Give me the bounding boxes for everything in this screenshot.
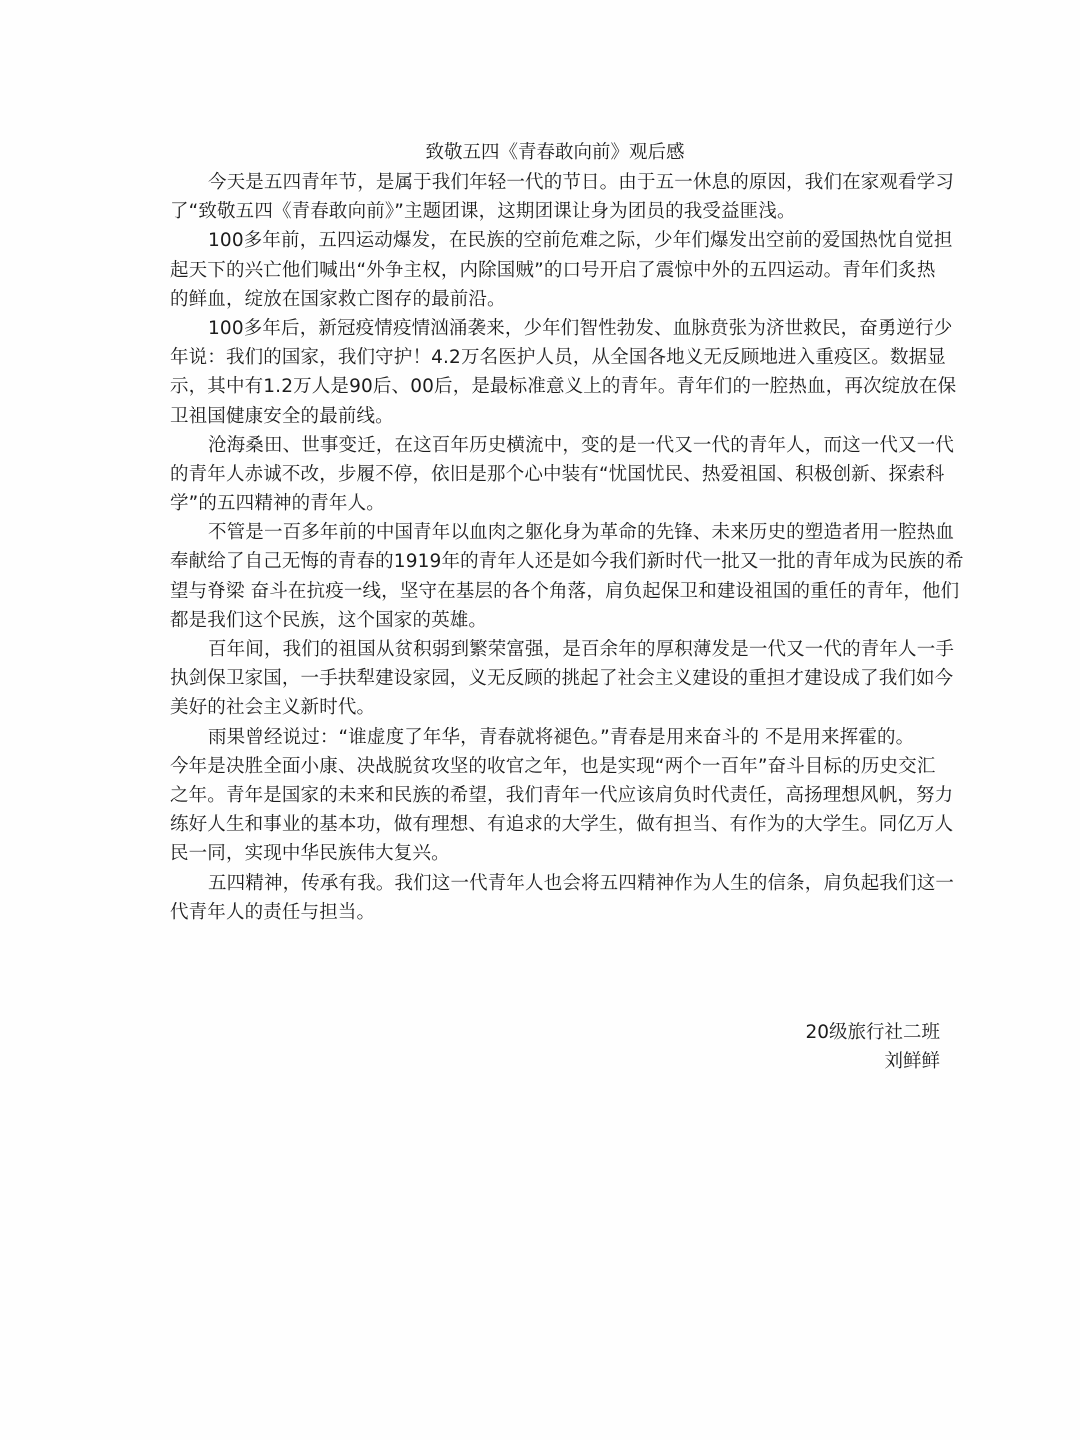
text-line: 望与脊梁 奋斗在抗疫一线，坚守在基层的各个角落，肩负起保卫和建设祖国的重任的青年…: [170, 577, 960, 606]
paragraph-4: 沧海桑田、世事变迁，在这百年历史横流中，变的是一代又一代的青年人，而这一代又一代…: [170, 431, 960, 519]
text-line: 学”的五四精神的青年人。: [170, 489, 960, 518]
text-line: 之年。青年是国家的未来和民族的希望，我们青年一代应该肩负时代责任，高扬理想风帆，…: [170, 781, 960, 810]
text-line: 执剑保卫家国，一手扶犁建设家园，义无反顾的挑起了社会主义建设的重担才建设成了我们…: [170, 664, 960, 693]
text-line: 不管是一百多年前的中国青年以血肉之躯化身为革命的先锋、未来历史的塑造者用一腔热血: [170, 518, 960, 547]
document-body: 今天是五四青年节，是属于我们年轻一代的节日。由于五一休息的原因，我们在家观看学习…: [170, 168, 960, 927]
paragraph-3: 100多年后，新冠疫情疫情汹涌袭来，少年们智性勃发、血脉贲张为济世救民，奋勇逆行…: [170, 314, 960, 431]
document-page: 致敬五四《青春敢向前》观后感 今天是五四青年节，是属于我们年轻一代的节日。由于五…: [0, 0, 1080, 1440]
paragraph-2: 100多年前，五四运动爆发，在民族的空前危难之际，少年们爆发出空前的爱国热忱自觉…: [170, 226, 960, 314]
paragraph-7: 雨果曾经说过：“谁虚度了年华，青春就将褪色。”青春是用来奋斗的 不是用来挥霍的。…: [170, 723, 960, 869]
text-line: 起天下的兴亡他们喊出“外争主权，内除国贼”的口号开启了震惊中外的五四运动。青年们…: [170, 256, 960, 285]
text-line: 奉献给了自己无悔的青春的1919年的青年人还是如今我们新时代一批又一批的青年成为…: [170, 547, 960, 576]
paragraph-6: 百年间，我们的祖国从贫积弱到繁荣富强，是百余年的厚积薄发是一代又一代的青年人一手…: [170, 635, 960, 723]
text-line: 100多年前，五四运动爆发，在民族的空前危难之际，少年们爆发出空前的爱国热忱自觉…: [170, 226, 960, 255]
paragraph-1: 今天是五四青年节，是属于我们年轻一代的节日。由于五一休息的原因，我们在家观看学习…: [170, 168, 960, 226]
text-line: 沧海桑田、世事变迁，在这百年历史横流中，变的是一代又一代的青年人，而这一代又一代: [170, 431, 960, 460]
text-line: 今年是决胜全面小康、决战脱贫攻坚的收官之年，也是实现“两个一百年”奋斗目标的历史…: [170, 752, 960, 781]
text-line: 今天是五四青年节，是属于我们年轻一代的节日。由于五一休息的原因，我们在家观看学习: [170, 168, 960, 197]
document-title: 致敬五四《青春敢向前》观后感: [0, 140, 1080, 166]
text-line: 民一同，实现中华民族伟大复兴。: [170, 839, 960, 868]
signature-author: 刘鲜鲜: [780, 1047, 940, 1076]
text-line: 雨果曾经说过：“谁虚度了年华，青春就将褪色。”青春是用来奋斗的 不是用来挥霍的。: [170, 723, 960, 752]
signature-block: 20级旅行社二班 刘鲜鲜: [780, 1018, 940, 1076]
paragraph-5: 不管是一百多年前的中国青年以血肉之躯化身为革命的先锋、未来历史的塑造者用一腔热血…: [170, 518, 960, 635]
text-line: 五四精神，传承有我。我们这一代青年人也会将五四精神作为人生的信条，肩负起我们这一: [170, 869, 960, 898]
text-line: 练好人生和事业的基本功，做有理想、有追求的大学生，做有担当、有作为的大学生。同亿…: [170, 810, 960, 839]
text-line: 百年间，我们的祖国从贫积弱到繁荣富强，是百余年的厚积薄发是一代又一代的青年人一手: [170, 635, 960, 664]
paragraph-8: 五四精神，传承有我。我们这一代青年人也会将五四精神作为人生的信条，肩负起我们这一…: [170, 869, 960, 927]
text-line: 了“致敬五四《青春敢向前》”主题团课，这期团课让身为团员的我受益匪浅。: [170, 197, 960, 226]
text-line: 都是我们这个民族，这个国家的英雄。: [170, 606, 960, 635]
text-line: 的鲜血，绽放在国家救亡图存的最前沿。: [170, 285, 960, 314]
text-line: 的青年人赤诚不改，步履不停，依旧是那个心中装有“忧国忧民、热爱祖国、积极创新、探…: [170, 460, 960, 489]
text-line: 美好的社会主义新时代。: [170, 693, 960, 722]
text-line: 卫祖国健康安全的最前线。: [170, 402, 960, 431]
signature-class: 20级旅行社二班: [780, 1018, 940, 1047]
text-line: 示，其中有1.2万人是90后、00后，是最标准意义上的青年。青年们的一腔热血，再…: [170, 372, 960, 401]
text-line: 年说：我们的国家，我们守护！4.2万名医护人员，从全国各地义无反顾地进入重疫区。…: [170, 343, 960, 372]
text-line: 100多年后，新冠疫情疫情汹涌袭来，少年们智性勃发、血脉贲张为济世救民，奋勇逆行…: [170, 314, 960, 343]
text-line: 代青年人的责任与担当。: [170, 898, 960, 927]
